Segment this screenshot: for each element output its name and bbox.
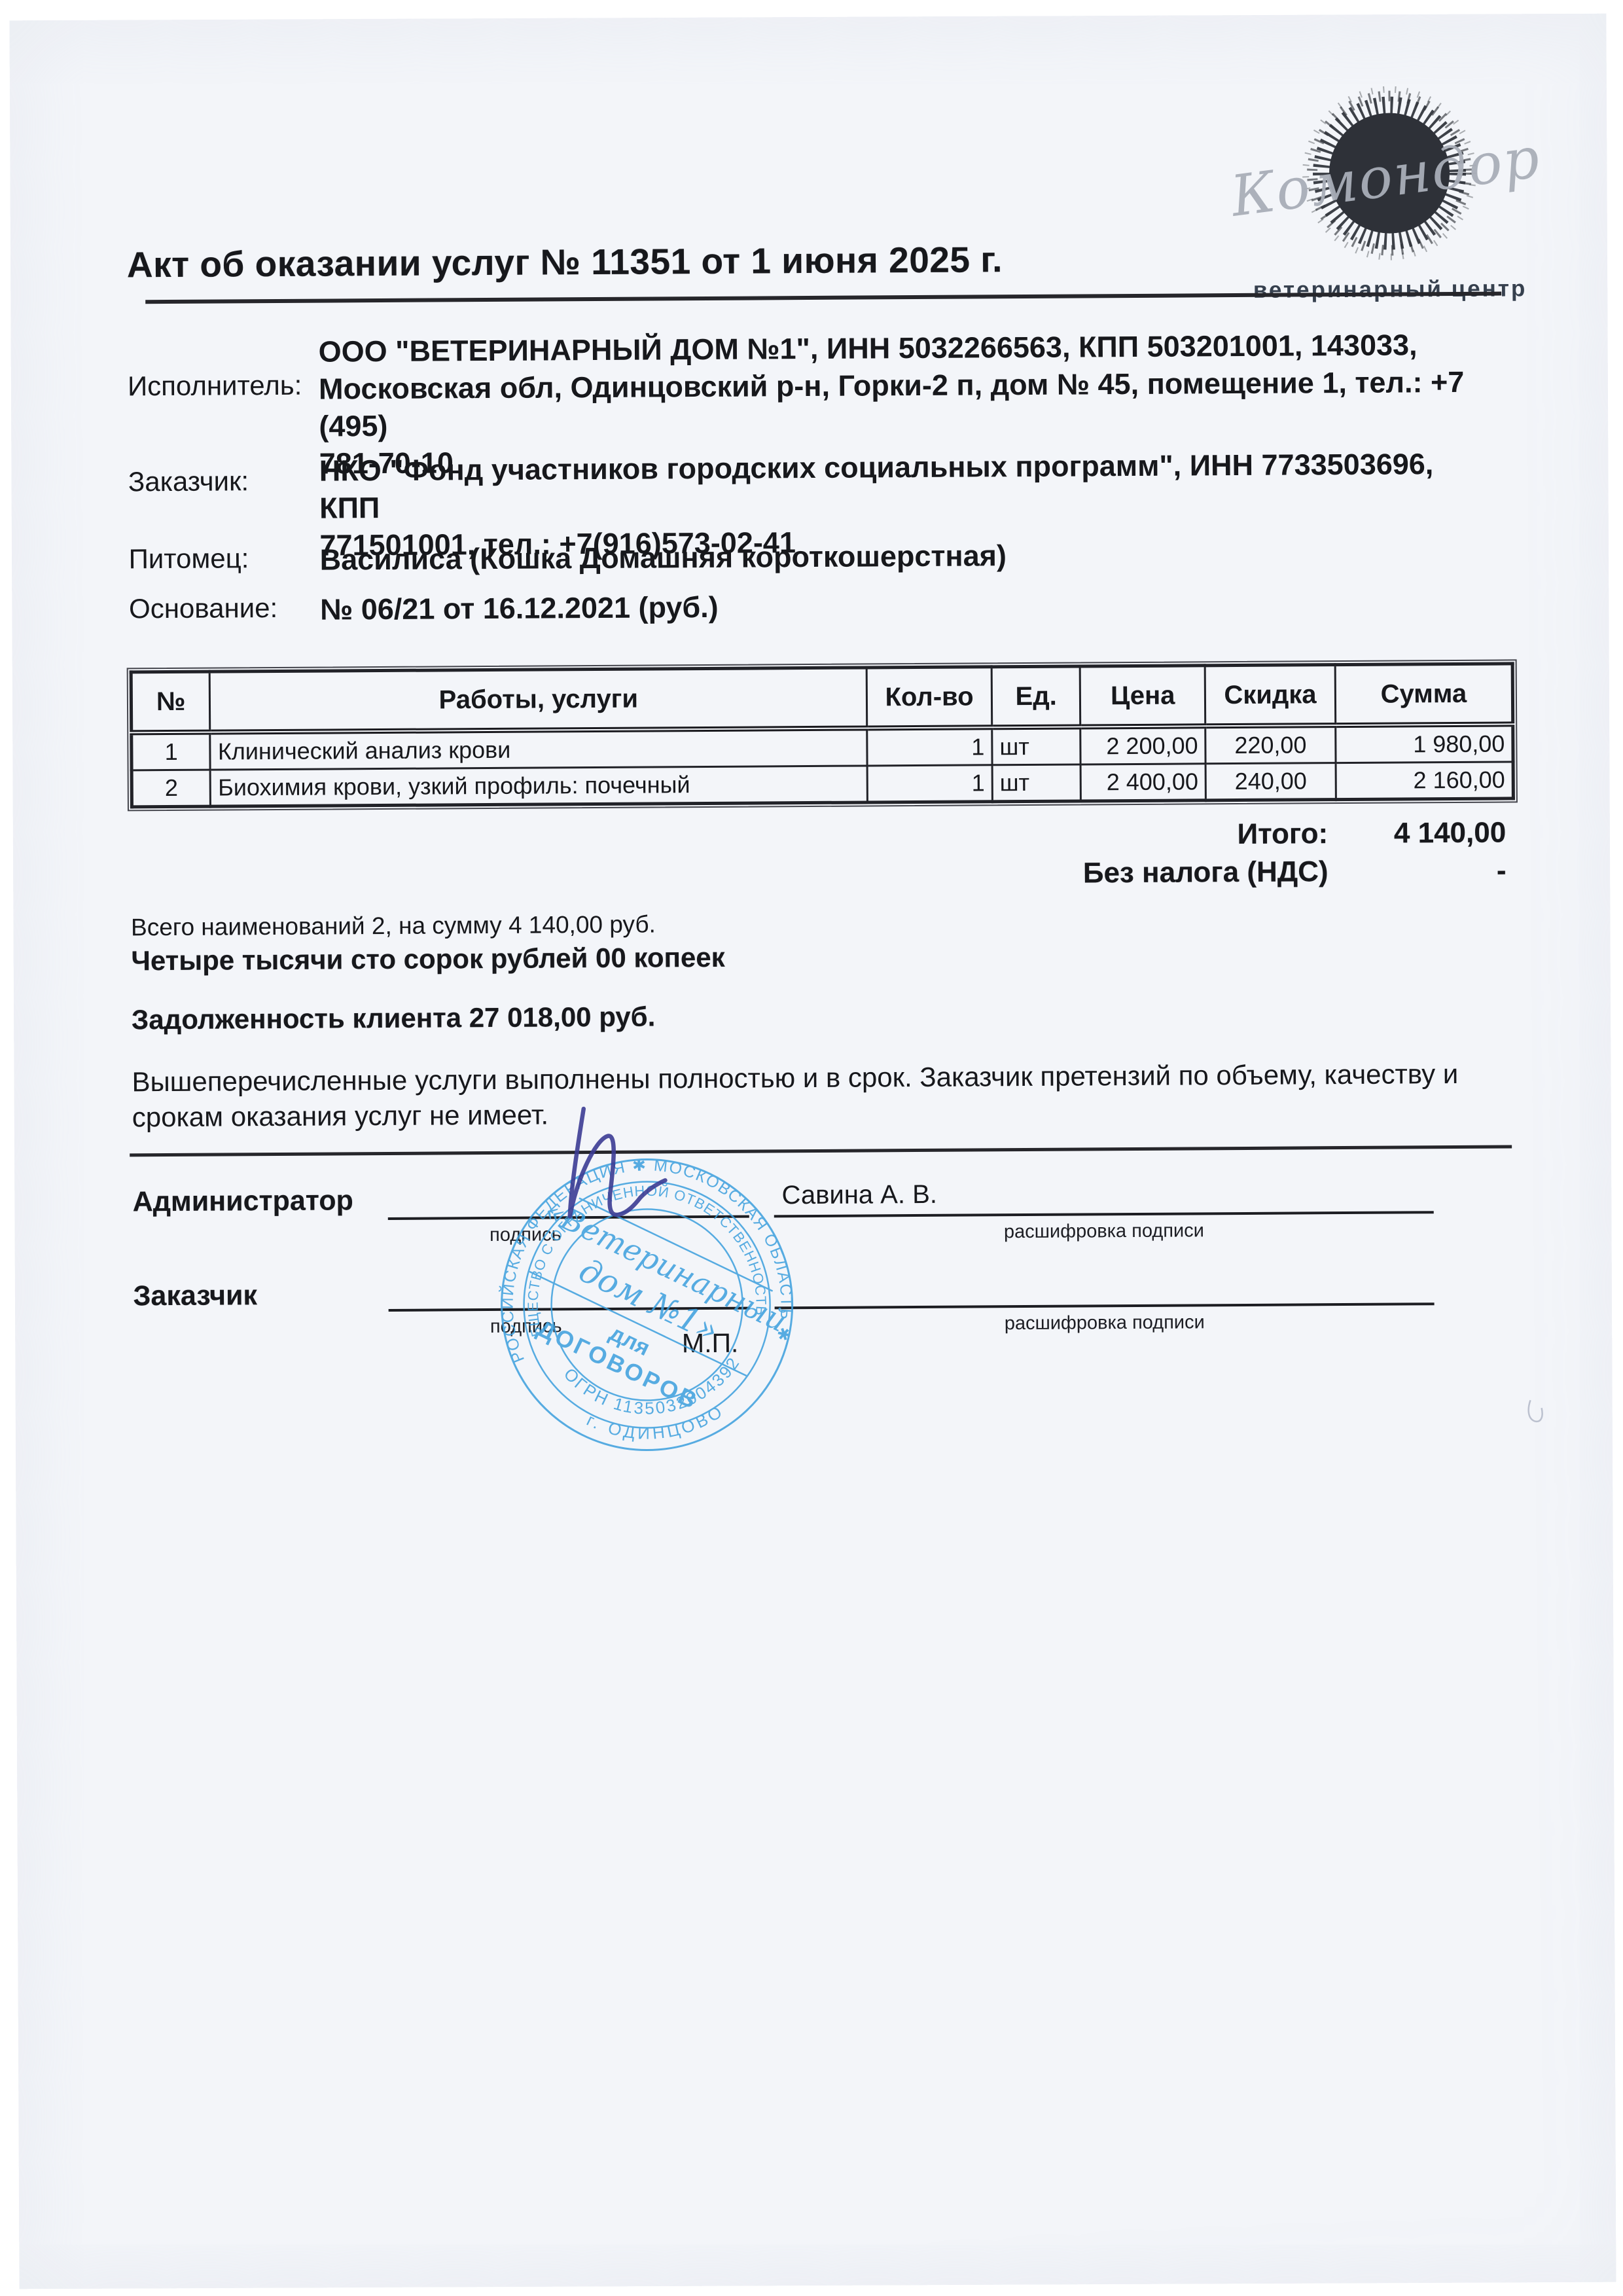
cell-discount: 220,00 — [1205, 725, 1336, 764]
basis-label: Основание: — [129, 592, 277, 624]
document-sheet: Комондор ветеринарный центр Акт об оказа… — [0, 0, 1623, 2296]
col-unit: Ед. — [991, 666, 1080, 727]
col-sum: Сумма — [1335, 664, 1513, 725]
cell-qty: 1 — [867, 765, 992, 802]
services-table: № Работы, услуги Кол-во Ед. Цена Скидка … — [130, 662, 1515, 808]
customer-transcript-line — [775, 1302, 1435, 1309]
col-price: Цена — [1080, 666, 1205, 727]
client-debt-line: Задолженность клиента 27 018,00 руб. — [132, 1001, 656, 1035]
table-row: 2 Биохимия крови, узкий профиль: почечны… — [132, 762, 1513, 807]
cell-service: Клинический анализ крови — [210, 728, 867, 770]
services-table-wrap: № Работы, услуги Кол-во Ед. Цена Скидка … — [130, 662, 1515, 808]
customer-label: Заказчик: — [128, 465, 249, 497]
vat-label: Без налога (НДС) — [981, 855, 1328, 890]
customer-sign-label: Заказчик — [133, 1280, 257, 1312]
cell-price: 2 400,00 — [1081, 764, 1206, 801]
cell-service: Биохимия крови, узкий профиль: почечный — [211, 766, 868, 806]
disclaimer-paragraph: Вышеперечисленные услуги выполнены полно… — [132, 1056, 1520, 1135]
transcript-caption: расшифровка подписи — [775, 1310, 1435, 1336]
col-service: Работы, услуги — [210, 668, 867, 732]
admin-transcript-line — [774, 1211, 1434, 1217]
cell-number: 2 — [132, 770, 211, 807]
disclaimer-line-2: срокам оказания услуг не имеет. — [132, 1091, 1520, 1135]
section-divider — [130, 1145, 1512, 1157]
cell-discount: 240,00 — [1205, 763, 1336, 800]
col-qty: Кол-во — [866, 667, 991, 728]
cell-qty: 1 — [867, 727, 992, 766]
total-label: Итого: — [1046, 817, 1328, 852]
handwritten-signature — [543, 1090, 701, 1247]
scanned-document-page: Комондор ветеринарный центр Акт об оказа… — [0, 0, 1623, 2296]
executor-line-1: ООО "ВЕТЕРИНАРНЫЙ ДОМ №1", ИНН 503226656… — [319, 326, 1471, 370]
pencil-mark — [1525, 1396, 1548, 1427]
vat-value: - — [1315, 855, 1506, 889]
cell-unit: шт — [992, 764, 1081, 802]
executor-line-2: Московская обл, Одинцовский р-н, Горки-2… — [319, 363, 1471, 445]
komondor-logo: Комондор — [1225, 61, 1554, 279]
administrator-name: Савина А. В. — [781, 1180, 937, 1210]
col-discount: Скидка — [1205, 665, 1335, 726]
cell-sum: 1 980,00 — [1336, 724, 1513, 762]
cell-sum: 2 160,00 — [1336, 762, 1513, 800]
total-value: 4 140,00 — [1315, 817, 1506, 851]
administrator-label: Администратор — [132, 1185, 353, 1218]
cell-unit: шт — [992, 726, 1081, 764]
table-header-row: № Работы, услуги Кол-во Ед. Цена Скидка … — [131, 664, 1513, 732]
basis-value: № 06/21 от 16.12.2021 (руб.) — [320, 584, 1472, 628]
transcript-caption: расшифровка подписи — [774, 1219, 1434, 1244]
executor-label: Исполнитель: — [128, 370, 302, 403]
pet-value: Василиса (Кошка Домашняя короткошерстная… — [319, 534, 1471, 579]
customer-line-1: НКО "Фонд участников городских социальны… — [319, 445, 1472, 527]
col-number: № — [131, 672, 210, 732]
logo-caption: ветеринарный центр — [1226, 276, 1554, 304]
cell-price: 2 200,00 — [1080, 726, 1205, 764]
document-title: Акт об оказании услуг № 11351 от 1 июня … — [127, 237, 1240, 285]
cell-number: 1 — [132, 732, 211, 770]
items-count-line: Всего наименований 2, на сумму 4 140,00 … — [131, 910, 656, 941]
pet-label: Питомец: — [128, 543, 249, 575]
amount-in-words: Четыре тысячи сто сорок рублей 00 копеек — [131, 942, 725, 977]
